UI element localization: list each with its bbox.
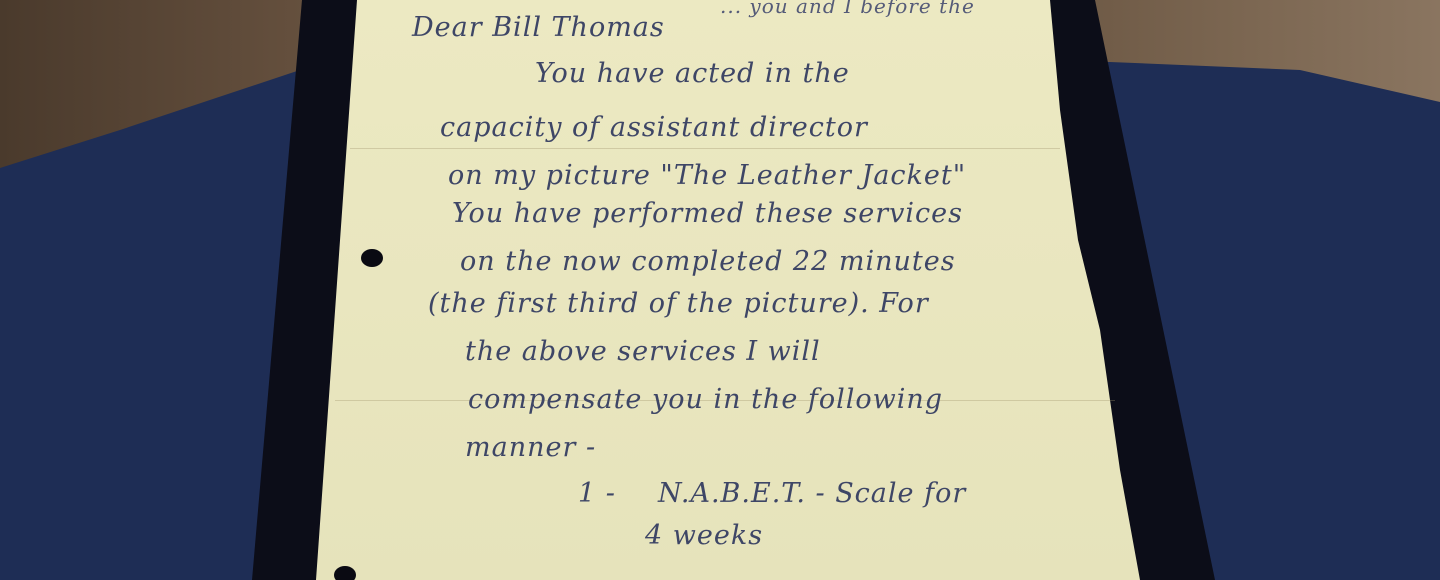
letter-line: You have performed these services (452, 198, 963, 229)
list-item-text: N.A.B.E.T. - Scale for (658, 478, 966, 509)
list-item-continuation: 4 weeks (645, 520, 763, 551)
letter-line: on my picture "The Leather Jacket" (448, 160, 966, 191)
partial-top-line: ... you and I before the (720, 0, 975, 18)
letter-line: capacity of assistant director (440, 112, 868, 143)
letter-line: compensate you in the following (468, 384, 943, 415)
letter-line: on the now completed 22 minutes (460, 246, 956, 277)
punch-hole (334, 566, 356, 580)
paper-fold-line (350, 148, 1060, 149)
letter-line: manner - (465, 432, 596, 463)
punch-hole (361, 249, 383, 267)
salutation: Dear Bill Thomas (412, 12, 665, 43)
list-item-number: 1 - (578, 478, 616, 509)
letter-line: You have acted in the (535, 58, 850, 89)
letter-line: the above services I will (465, 336, 821, 367)
letter-line: (the first third of the picture). For (428, 288, 929, 319)
